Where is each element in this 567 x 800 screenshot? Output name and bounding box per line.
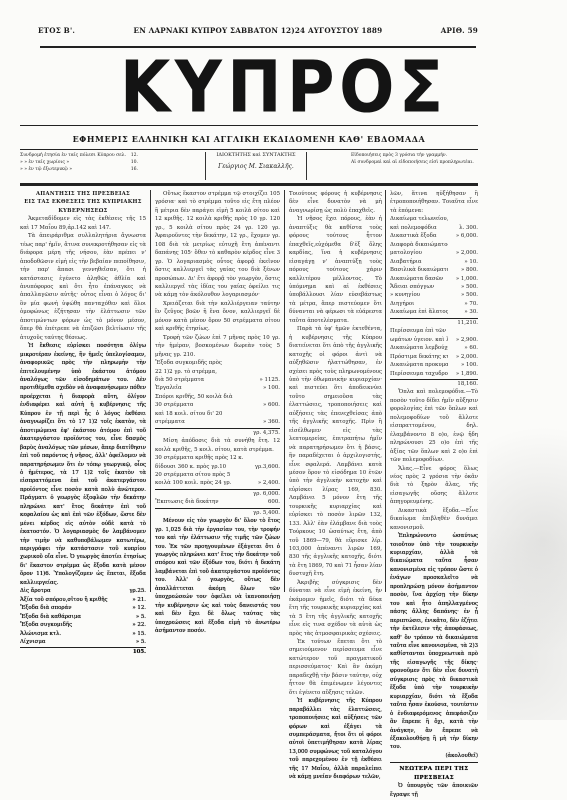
ledger-row: διὰ 50 στρέμματα» 1125.: [155, 376, 280, 384]
expense-ledger: Δὶς ἄροτραγρ.25. Ἀξία τοῦ σπόρου,σῖτου ἢ…: [20, 587, 146, 657]
dateline: ΕΤΟΣ Β'. ΕΝ ΛΑΡΝΑΚΙ ΚΥΠΡΟΥ ΣΑΒΒΑΤΟΝ 12)2…: [38, 26, 478, 35]
ledger-row: Ἔκπτωσις διὰ δεκάτην600.: [155, 498, 280, 506]
ledger-row: Δικαίωμα ἐπὶ ἅλατος» 30.: [390, 308, 478, 316]
ledger-total: γρ. 4,375.: [155, 428, 280, 437]
ledger-row: Λίχνισμα» 5.: [20, 638, 146, 646]
ledger-row: δίδουσι 360 κ. πρὸς γρ.10γρ.3,600.: [155, 463, 280, 471]
ledger-row: 30 στρέμματα» 600.: [155, 401, 280, 409]
column-divider: [385, 190, 386, 592]
paragraph: Ὁ ὑπουργὸς τῶν ἀποικιῶν ἔγραψε τῇ: [390, 782, 478, 799]
subtitle: ΕΦΗΜΕΡΙΣ ΕΛΛΗΝΙΚΗ ΚΑΙ ΑΓΓΛΙΚΗ ΕΚΔΙΔΟΜΕΝΗ…: [0, 134, 498, 144]
ledger-row: Διηγήροι» 70.: [390, 300, 478, 308]
ledger-row: Περίσσευμα ἐπὶ τῶν δικαι-: [390, 327, 478, 335]
editor-box: ΙΔΙΟΚΤΗΤΗΣ καὶ ΣΥΝΤΑΚΤΗΣ Γεώργιος Μ. Σια…: [205, 152, 307, 180]
ledger-row: Ἀξία τοῦ σπόρου,σῖτου ἢ κριθῆς» 21.: [20, 596, 146, 604]
ledger-row: στρέμματα» 360.: [155, 418, 280, 426]
continued-note: (ἀκολουθεῖ): [390, 752, 478, 760]
ledger-row: καὶ 18 κοιλ. σίτου δι' 20: [155, 410, 280, 418]
paragraph: Τὰ ἀπειράριθμα συλλαλητήρια ἄγνωστα τέως…: [20, 232, 146, 342]
ledger-total: γρ. 6,000.: [155, 489, 280, 498]
year-label: ΕΤΟΣ Β'.: [38, 26, 75, 35]
editor-name: Γεώργιος Μ. Σιακαλλῆς.: [206, 163, 306, 170]
subscription-rates: Συνδρομή ἐτησία ἐν ταῖς πόλεσι Κύπρου σε…: [20, 152, 205, 180]
masthead-letter: Σ: [399, 55, 444, 118]
revenue-ledger: Δικαίωμα τελωνείου, ὅπλα καὶ πολεμοφόδια…: [390, 215, 478, 388]
column-4: λῶν, ἅτινα ηὐξήθησαν ἢ ἐτροποποιήθησαν. …: [390, 190, 478, 799]
paragraph: Ἡ ἔκθεσις εὑρίσκει ποσότητα ὀλίγω μικροτ…: [20, 342, 146, 587]
ledger-row: Δικαίωμα τελωνείου, ὅπλα: [390, 215, 478, 223]
masthead-title: Κ Υ Π Ρ Ο Σ: [118, 55, 380, 118]
ledger-row: κοιλὰ 100 κοιλ. πρὸς 24 γρ.» 2,400.: [155, 479, 280, 487]
paragraph: Μένουν εἰς τὸν γεωργὸν δι' ὅλον τὸ ἔτος …: [155, 517, 280, 635]
paragraph: Ἅλας.—Εἶνε φόρος ὅλως νέος πρὸς 2 γρόσια…: [390, 465, 478, 507]
article-heading: ΑΠΑΝΤΗΣΙΣ ΤΗΣ ΠΡΕΣΒΕΙΑΣ: [20, 190, 146, 198]
rate-row: Συνδρομή ἐτησία ἐν ταῖς πόλεσι Κύπρου σε…: [20, 152, 138, 159]
ledger-row: Δικαιώματα προκυμαίας» 100.: [390, 361, 478, 369]
paragraph: Μίση ἀπόδοσις διὰ τὰ συνήθη ἔτη. 12 κοιλ…: [155, 437, 280, 454]
paragraph: Ἀκριβὴς σύγκρισις δὲν δύναται νὰ εἶνε εἰ…: [289, 579, 382, 638]
ledger-row: Δικαιώματα δασῶν» 1,000.: [390, 275, 478, 283]
ledger-row: Ἔξοδα διὰ σποράν» 12.: [20, 604, 146, 612]
ledger-row: Δικαστικὰ ἔξοδα» 6,000.: [390, 232, 478, 240]
paragraph: Ἡ κυβέρνησις τῆς Κύπρου παραβάλλει τὰς ἐ…: [289, 697, 382, 782]
ledger-row: Διαβατήρια» 10.: [390, 258, 478, 266]
paragraph: Ἀκμεταδίδομεν εἰς τὰς ἐκθέσεις τῆς 15 κα…: [20, 215, 146, 232]
ledger-row: Ἔξοδα συγκομιδῆς πρὸς: [155, 359, 280, 367]
column-2: Οὕτως ἕκαστον στρέμμα τῷ στοιχίζει 105 γ…: [155, 190, 280, 636]
ledger-row: καὶ πολεμοφόδιαλ. 300.: [390, 224, 478, 232]
ledger-total: 11,210.: [390, 318, 478, 327]
ledger-row: Ἐργαλεῖα» 100.: [155, 384, 280, 392]
column-3: Τοιούτους φόρους ἡ κυβέρνησις δὲν εἶνε δ…: [289, 190, 382, 782]
ads-notice: Εἰδοποιήσεις πρὸς 3 γρόσια τὴν γραμμήν. …: [307, 152, 478, 180]
paragraph: Ὅπλα καὶ πολεμοφόδια.—Τὸ ποσὸν τοῦτο δίδ…: [390, 388, 478, 464]
masthead-letter: Π: [227, 55, 282, 118]
info-bar: Συνδρομή ἐτησία ἐν ταῖς πόλεσι Κύπρου σε…: [20, 152, 478, 180]
column-divider: [284, 190, 285, 592]
ledger-row: Περίσσευμα ταχυδρομείου» 1,890.: [390, 370, 478, 378]
ledger-row: 20 στρέμματα σίτου πρὸς 5: [155, 471, 280, 479]
cost-ledger: Ἔξοδα συγκομιδῆς πρὸς 22 1)2 γρ. τὸ στρέ…: [155, 359, 280, 437]
paragraph: Χρειάζεται διὰ τὴν καλλιέργειαν ταύτην ἓ…: [155, 300, 280, 334]
paragraph: Τοιούτους φόρους ἡ κυβέρνησις δὲν εἶνε δ…: [289, 190, 382, 215]
ledger-row: ωμάτων ὑγειον. καὶ λιμένος» 2,900.: [390, 336, 478, 344]
article-heading: ΚΥΒΕΡΝΗΣΕΩΣ: [20, 207, 146, 215]
paragraph: Ἐκ τούτων ἕπεται ὅτι τὸ σημειούμενον περ…: [289, 638, 382, 697]
ledger-row: Ἄδειαι σπόγγων» 500.: [390, 283, 478, 291]
rate-row: » » ἐν τῷ ἐξωτερικῷ »16.: [20, 166, 138, 173]
paragraph: Τροφὴ τῶν ζώων ἐπὶ 7 μῆνας πρὸς 10 γρ. τ…: [155, 334, 280, 359]
section-rule: [390, 762, 478, 763]
ledger-row: Βασιλικὰ δικαιώματα» 800.: [390, 266, 478, 274]
ledger-row: Ἔξοδα διὰ καθάρσιμα» 5.: [20, 613, 146, 621]
column-divider: [150, 190, 151, 592]
ledger-total: 105.: [20, 647, 146, 656]
paragraph: Οὕτως ἕκαστον στρέμμα τῷ στοιχίζει 105 γ…: [155, 190, 280, 300]
article-heading: ΕΙΣ ΤΑΣ ΕΚΘΕΣΕΙΣ ΤΗΣ ΚΥΠΡΙΑΚΗΣ: [20, 198, 146, 206]
paragraph: Ἡ νῆσος ἔχει πόρους, ἐὰν ἡ ἀναπτύξις θὰ …: [289, 215, 382, 325]
ledger-row: ματολογίου» 2,000.: [390, 249, 478, 257]
masthead-letter: Ρ: [286, 55, 335, 118]
masthead-letter: Ο: [339, 55, 395, 118]
masthead-letter: Υ: [175, 55, 223, 118]
rate-row: » » ἐν ταῖς χωρίοις »10.: [20, 159, 138, 166]
newspaper-page: ΕΤΟΣ Β'. ΕΝ ΛΑΡΝΑΚΙ ΚΥΠΡΟΥ ΣΑΒΒΑΤΟΝ 12)2…: [0, 0, 567, 800]
ledger-row: Σπόροι κριθῆς, 50 κοιλὰ διὰ: [155, 393, 280, 401]
paragraph: λῶν, ἅτινα ηὐξήθησαν ἢ ἐτροποποιήθησαν. …: [390, 190, 478, 215]
yield-ledger: 30 στρέμματα κριθῆς πρὸς 12 κ. δίδουσι 3…: [155, 454, 280, 517]
heavy-rule: [20, 183, 478, 186]
ledger-row: Ἔξοδα συγκομιδῆς» 22.: [20, 621, 146, 629]
section-title: ΝΕΩΤΕΡΑ ΠΕΡΙ ΤΗΣ ΠΡΕΣΒΕΙΑΣ: [390, 765, 478, 782]
ledger-row: » κυνηγίου» 500.: [390, 291, 478, 299]
ledger-row: Δικαιώματα λεμβούχων» 60.: [390, 344, 478, 352]
masthead-rule: [20, 125, 478, 126]
ledger-total: 18,160.: [390, 379, 478, 388]
paragraph: Ἐπληρώνοντο ὡσαύτως τοιοῦτον ὑπὸ τὴν του…: [390, 532, 478, 752]
editor-label: ΙΔΙΟΚΤΗΤΗΣ καὶ ΣΥΝΤΑΚΤΗΣ: [206, 152, 306, 159]
column-1: ΑΠΑΝΤΗΣΙΣ ΤΗΣ ΠΡΕΣΒΕΙΑΣ ΕΙΣ ΤΑΣ ΕΚΘΕΣΕΙΣ…: [20, 190, 146, 657]
ledger-row: Δὶς ἄροτραγρ.25.: [20, 587, 146, 595]
paragraph: Δικαστικὰ ἔξοδα.—Εἶνε δικαίωμα ἐπιβληθὲν…: [390, 507, 478, 532]
ledger-row: Διαφορὰ δικαιώματος κτη-: [390, 241, 478, 249]
subtitle-rule: [20, 149, 478, 150]
ledger-row: Πρόστιμα δεκάτης κτλ.» 2,000.: [390, 353, 478, 361]
masthead-letter: Κ: [120, 55, 171, 118]
ledger-row: 30 στρέμματα κριθῆς πρὸς 12 κ.: [155, 454, 280, 462]
paragraph: Παρὰ τὰ ὑφ' ἡμῶν ἐκτεθέντα, ἡ κυβέρνησις…: [289, 325, 382, 579]
scan-noise: [487, 420, 567, 720]
ledger-total: γρ. 5,400.: [155, 508, 280, 517]
issue-number: ΑΡΙΘ. 59: [441, 26, 478, 35]
ledger-row: 22 1)2 γρ. τὸ στρέμμα,: [155, 368, 280, 376]
ledger-row: Ἀλώνισμα κτλ.» 15.: [20, 630, 146, 638]
place-date: ΕΝ ΛΑΡΝΑΚΙ ΚΥΠΡΟΥ ΣΑΒΒΑΤΟΝ 12)24 ΑΥΓΟΥΣΤ…: [134, 26, 383, 35]
